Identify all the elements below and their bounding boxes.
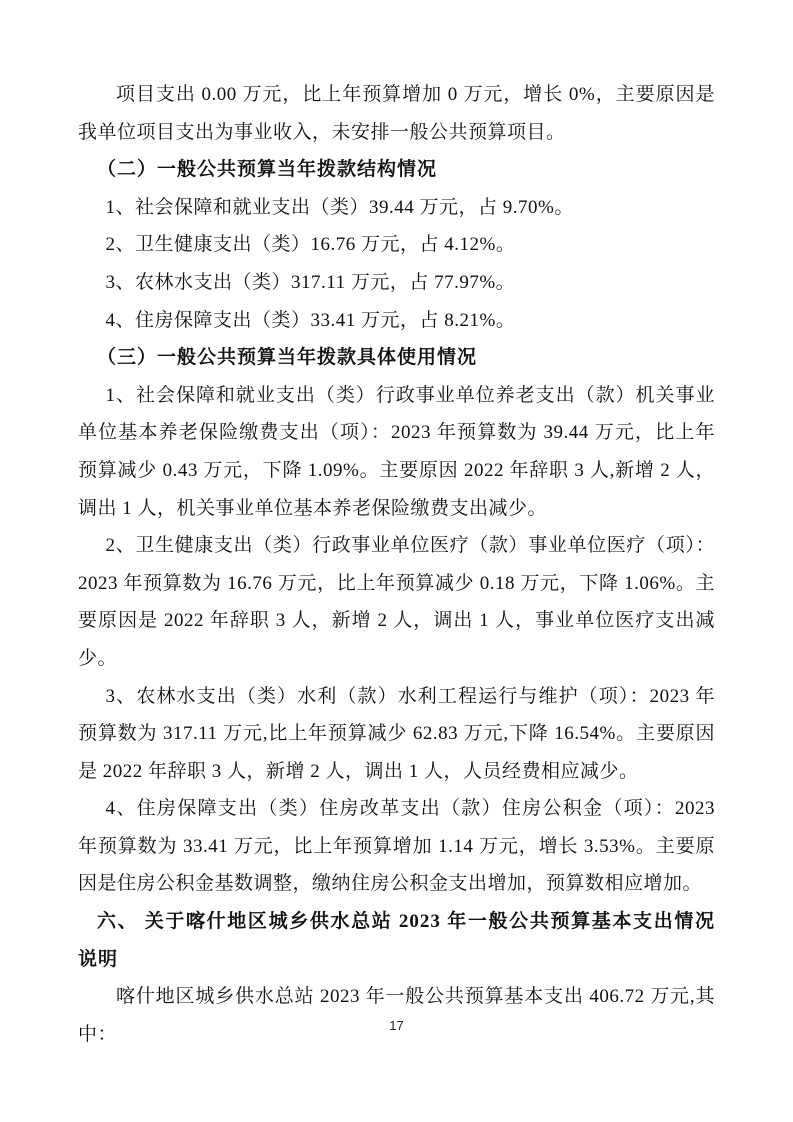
paragraph-project-expenditure: 项目支出 0.00 万元，比上年预算增加 0 万元，增长 0%，主要原因是我单位… xyxy=(78,76,715,151)
list-item-health: 2、卫生健康支出（类）16.76 万元，占 4.12%。 xyxy=(78,226,715,264)
page-number: 17 xyxy=(0,1018,793,1033)
paragraph-housing-fund-detail: 4、住房保障支出（类）住房改革支出（款）住房公积金（项）：2023 年预算数为 … xyxy=(78,790,715,903)
paragraph-water-project-detail: 3、农林水支出（类）水利（款）水利工程运行与维护（项）：2023 年预算数为 3… xyxy=(78,678,715,791)
heading-section-2-funding-structure: （二）一般公共预算当年拨款结构情况 xyxy=(78,151,715,189)
paragraph-basic-expenditure-total: 喀什地区城乡供水总站 2023 年一般公共预算基本支出 406.72 万元,其中… xyxy=(78,978,715,1053)
paragraph-pension-detail: 1、社会保障和就业支出（类）行政事业单位养老支出（款）机关事业单位基本养老保险缴… xyxy=(78,377,715,527)
document-body: 项目支出 0.00 万元，比上年预算增加 0 万元，增长 0%，主要原因是我单位… xyxy=(78,76,715,1053)
heading-section-6-basic-expenditure: 六、 关于喀什地区城乡供水总站 2023 年一般公共预算基本支出情况说明 xyxy=(78,903,715,978)
list-item-housing: 4、住房保障支出（类）33.41 万元，占 8.21%。 xyxy=(78,302,715,340)
list-item-agriculture-water: 3、农林水支出（类）317.11 万元，占 77.97%。 xyxy=(78,264,715,302)
document-page: 项目支出 0.00 万元，比上年预算增加 0 万元，增长 0%，主要原因是我单位… xyxy=(0,0,793,1122)
heading-section-3-funding-usage: （三）一般公共预算当年拨款具体使用情况 xyxy=(78,339,715,377)
list-item-social-security: 1、社会保障和就业支出（类）39.44 万元，占 9.70%。 xyxy=(78,189,715,227)
paragraph-medical-detail: 2、卫生健康支出（类）行政事业单位医疗（款）事业单位医疗（项）：2023 年预算… xyxy=(78,527,715,677)
